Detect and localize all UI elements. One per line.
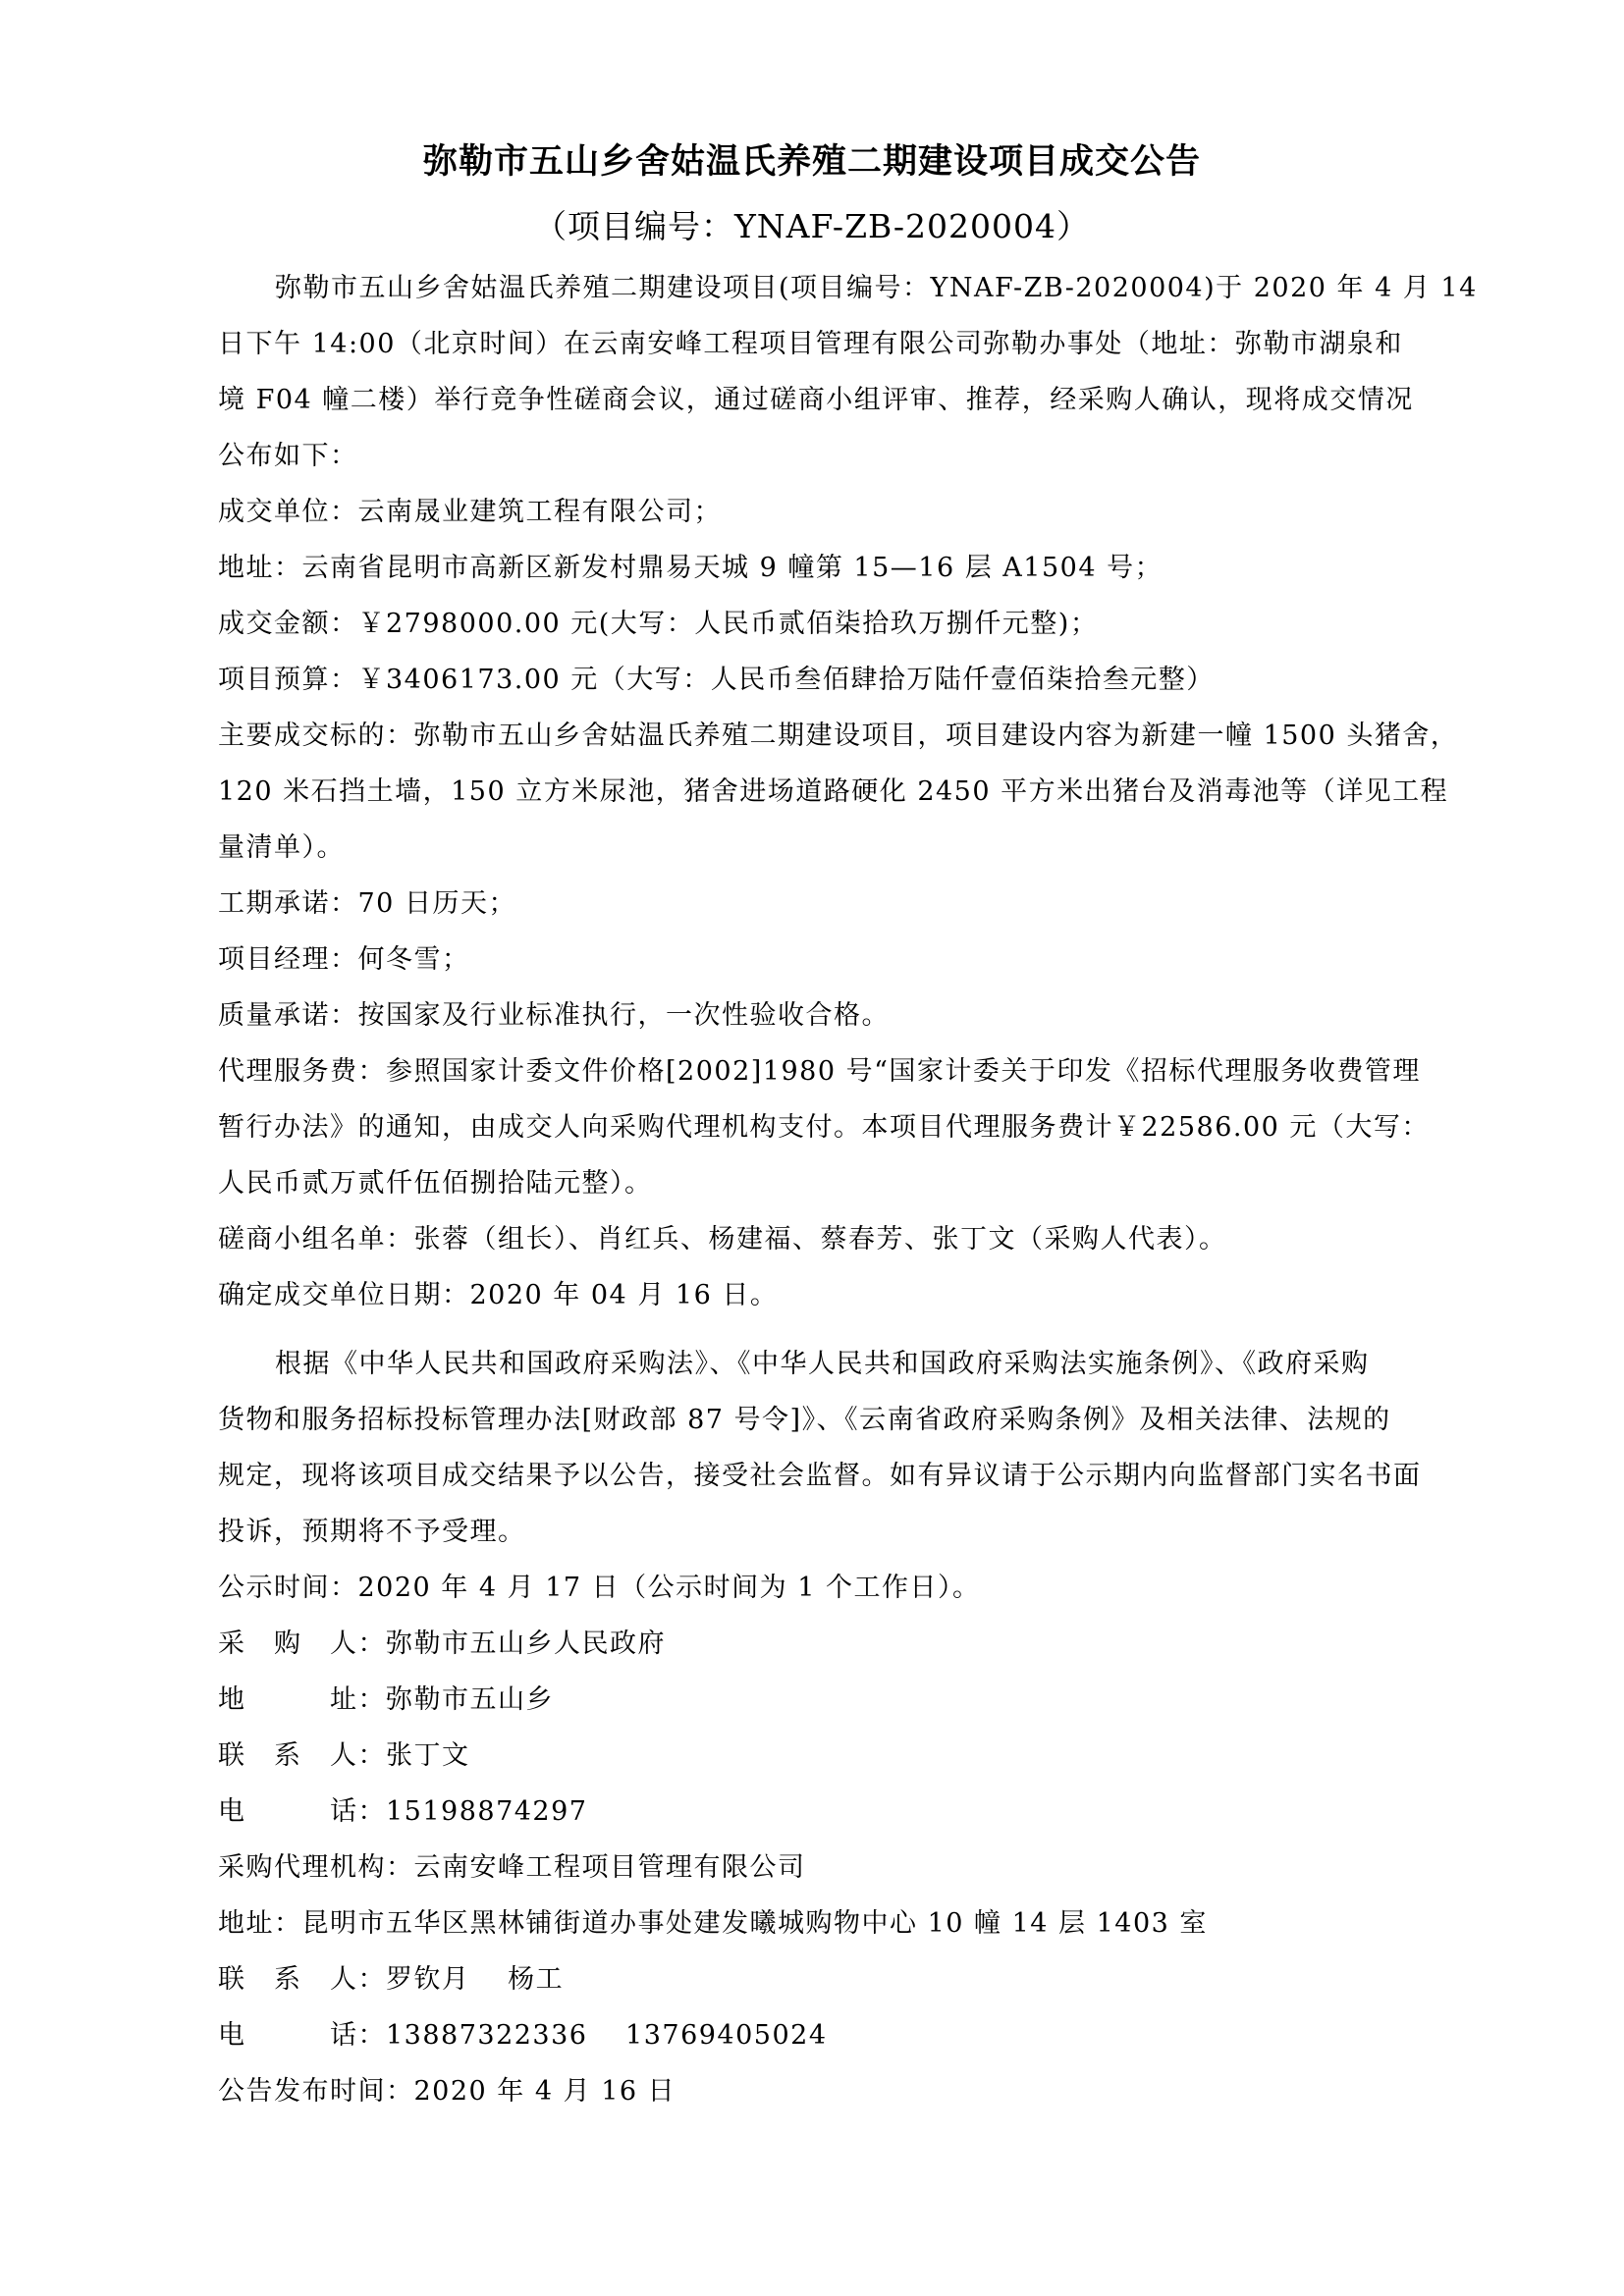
agency-address: 昆明市五华区黑林铺街道办事处建发曦城购物中心 10 幢 14 层 1403 室: [302, 1908, 1208, 1939]
award-amount: ￥2798000.00 元(大写：人民币贰佰柒拾玖万捌仟元整)；: [358, 609, 1099, 639]
legal-line: 规定，现将该项目成交结果予以公告，接受社会监督。如有异议请于公示期内向监督部门实…: [218, 1457, 1426, 1513]
legal-line: 货物和服务招标投标管理办法[财政部 87 号令]》、《云南省政府采购条例》及相关…: [218, 1401, 1426, 1457]
field-label: 地 址：: [218, 1684, 386, 1715]
winner-field: 成交单位：云南晟业建筑工程有限公司；: [218, 493, 1426, 549]
subject-line: 主要成交标的：弥勒市五山乡舍姑温氏养殖二期建设项目，项目建设内容为新建一幢 15…: [218, 717, 1426, 773]
purchaser-info: 采 购 人：弥勒市五山乡人民政府 地 址：弥勒市五山乡 联 系 人：张丁文 电 …: [218, 1625, 1426, 1848]
field-label: 地址：: [218, 1908, 302, 1939]
panel-members: 张蓉（组长）、肖红兵、杨建福、蔡春芳、张丁文（采购人代表）。: [414, 1224, 1227, 1255]
subject-paragraph: 主要成交标的：弥勒市五山乡舍姑温氏养殖二期建设项目，项目建设内容为新建一幢 15…: [218, 717, 1426, 884]
quality-field: 质量承诺：按国家及行业标准执行，一次性验收合格。: [218, 996, 1426, 1052]
legal-line: 根据《中华人民共和国政府采购法》、《中华人民共和国政府采购法实施条例》、《政府采…: [218, 1345, 1426, 1401]
field-label: 成交单位：: [218, 497, 358, 527]
purchaser-name: 弥勒市五山乡人民政府: [386, 1629, 666, 1659]
field-label: 联 系 人：: [218, 1740, 386, 1771]
purchaser-address-field: 地 址：弥勒市五山乡: [218, 1681, 1426, 1736]
agency-contact-field: 联 系 人：罗钦月 杨工: [218, 1960, 1426, 2016]
field-label: 联 系 人：: [218, 1964, 386, 1995]
intro-line: 日下午 14:00（北京时间）在云南安峰工程项目管理有限公司弥勒办事处（地址：弥…: [218, 325, 1426, 381]
agency-fee-paragraph: 代理服务费：参照国家计委文件价格[2002]1980 号“国家计委关于印发《招标…: [218, 1052, 1426, 1220]
budget-amount: ￥3406173.00 元（大写：人民币叁佰肆拾万陆仟壹佰柒拾叁元整）: [358, 665, 1215, 695]
paragraph-gap: [218, 1332, 1426, 1345]
agency-fee-line: 暂行办法》的通知，由成交人向采购代理机构支付。本项目代理服务费计￥22586.0…: [218, 1108, 1426, 1164]
duration-field: 工期承诺：70 日历天；: [218, 884, 1426, 940]
field-label: 地址：: [218, 553, 302, 583]
agency-phone-field: 电 话：13887322336 13769405024: [218, 2016, 1426, 2072]
decision-date: 2020 年 04 月 16 日。: [470, 1280, 779, 1310]
winner-address-field: 地址：云南省昆明市高新区新发村鼎易天城 9 幢第 15—16 层 A1504 号…: [218, 549, 1426, 605]
winner-name: 云南晟业建筑工程有限公司；: [358, 497, 723, 527]
field-label: 质量承诺：: [218, 1000, 358, 1031]
legal-line: 投诉，预期将不予受理。: [218, 1513, 1426, 1569]
publish-date-field: 公告发布时间：2020 年 4 月 16 日: [218, 2072, 1426, 2128]
budget-field: 项目预算：￥3406173.00 元（大写：人民币叁佰肆拾万陆仟壹佰柒拾叁元整）: [218, 661, 1426, 717]
document-title: 弥勒市五山乡舍姑温氏养殖二期建设项目成交公告: [0, 137, 1624, 187]
agency-phone: 13887322336 13769405024: [386, 2020, 828, 2051]
announcement-body: 弥勒市五山乡舍姑温氏养殖二期建设项目(项目编号：YNAF-ZB-2020004)…: [218, 269, 1426, 2128]
intro-line: 公布如下：: [218, 437, 1426, 493]
field-label: 工期承诺：: [218, 888, 358, 919]
manager-name: 何冬雪；: [358, 944, 470, 975]
field-label: 项目预算：: [218, 665, 358, 695]
purchaser-address: 弥勒市五山乡: [386, 1684, 554, 1715]
intro-paragraph: 弥勒市五山乡舍姑温氏养殖二期建设项目(项目编号：YNAF-ZB-2020004)…: [218, 269, 1426, 493]
purchaser-name-field: 采 购 人：弥勒市五山乡人民政府: [218, 1625, 1426, 1681]
publicity-period-field: 公示时间：2020 年 4 月 17 日（公示时间为 1 个工作日）。: [218, 1569, 1426, 1625]
agency-contact: 罗钦月 杨工: [386, 1964, 564, 1995]
duration-value: 70 日历天；: [358, 888, 516, 919]
winner-address: 云南省昆明市高新区新发村鼎易天城 9 幢第 15—16 层 A1504 号；: [302, 553, 1164, 583]
subject-line: 120 米石挡土墙，150 立方米尿池，猪舍进场道路硬化 2450 平方米出猪台…: [218, 773, 1426, 828]
purchaser-phone: 15198874297: [386, 1796, 587, 1827]
field-label: 磋商小组名单：: [218, 1224, 414, 1255]
field-label: 项目经理：: [218, 944, 358, 975]
agency-name: 云南安峰工程项目管理有限公司: [414, 1852, 806, 1883]
agency-address-field: 地址：昆明市五华区黑林铺街道办事处建发曦城购物中心 10 幢 14 层 1403…: [218, 1904, 1426, 1960]
agency-fee-line: 人民币贰万贰仟伍佰捌拾陆元整）。: [218, 1164, 1426, 1220]
award-amount-field: 成交金额：￥2798000.00 元(大写：人民币贰佰柒拾玖万捌仟元整)；: [218, 605, 1426, 661]
decision-date-field: 确定成交单位日期：2020 年 04 月 16 日。: [218, 1276, 1426, 1332]
intro-line: 境 F04 幢二楼）举行竞争性磋商会议，通过磋商小组评审、推荐，经采购人确认，现…: [218, 381, 1426, 437]
manager-field: 项目经理：何冬雪；: [218, 940, 1426, 996]
panel-field: 磋商小组名单：张蓉（组长）、肖红兵、杨建福、蔡春芳、张丁文（采购人代表）。: [218, 1220, 1426, 1276]
agency-fee-line: 代理服务费：参照国家计委文件价格[2002]1980 号“国家计委关于印发《招标…: [218, 1052, 1426, 1108]
agency-info: 采购代理机构：云南安峰工程项目管理有限公司 地址：昆明市五华区黑林铺街道办事处建…: [218, 1848, 1426, 2072]
field-label: 成交金额：: [218, 609, 358, 639]
field-label: 公告发布时间：: [218, 2076, 414, 2107]
project-number: （项目编号：YNAF-ZB-2020004）: [0, 202, 1624, 251]
purchaser-phone-field: 电 话：15198874297: [218, 1792, 1426, 1848]
field-label: 公示时间：: [218, 1573, 358, 1603]
intro-line: 弥勒市五山乡舍姑温氏养殖二期建设项目(项目编号：YNAF-ZB-2020004)…: [218, 269, 1426, 325]
quality-value: 按国家及行业标准执行，一次性验收合格。: [358, 1000, 891, 1031]
field-label: 采购代理机构：: [218, 1852, 414, 1883]
purchaser-contact-field: 联 系 人：张丁文: [218, 1736, 1426, 1792]
field-label: 采 购 人：: [218, 1629, 386, 1659]
document-page: 弥勒市五山乡舍姑温氏养殖二期建设项目成交公告 （项目编号：YNAF-ZB-202…: [0, 0, 1624, 2296]
agency-name-field: 采购代理机构：云南安峰工程项目管理有限公司: [218, 1848, 1426, 1904]
field-label: 确定成交单位日期：: [218, 1280, 470, 1310]
field-label: 电 话：: [218, 2020, 386, 2051]
subject-line: 量清单）。: [218, 828, 1426, 884]
field-label: 电 话：: [218, 1796, 386, 1827]
publish-date: 2020 年 4 月 16 日: [414, 2076, 677, 2107]
legal-paragraph: 根据《中华人民共和国政府采购法》、《中华人民共和国政府采购法实施条例》、《政府采…: [218, 1345, 1426, 1569]
purchaser-contact: 张丁文: [386, 1740, 470, 1771]
publicity-period: 2020 年 4 月 17 日（公示时间为 1 个工作日）。: [358, 1573, 981, 1603]
